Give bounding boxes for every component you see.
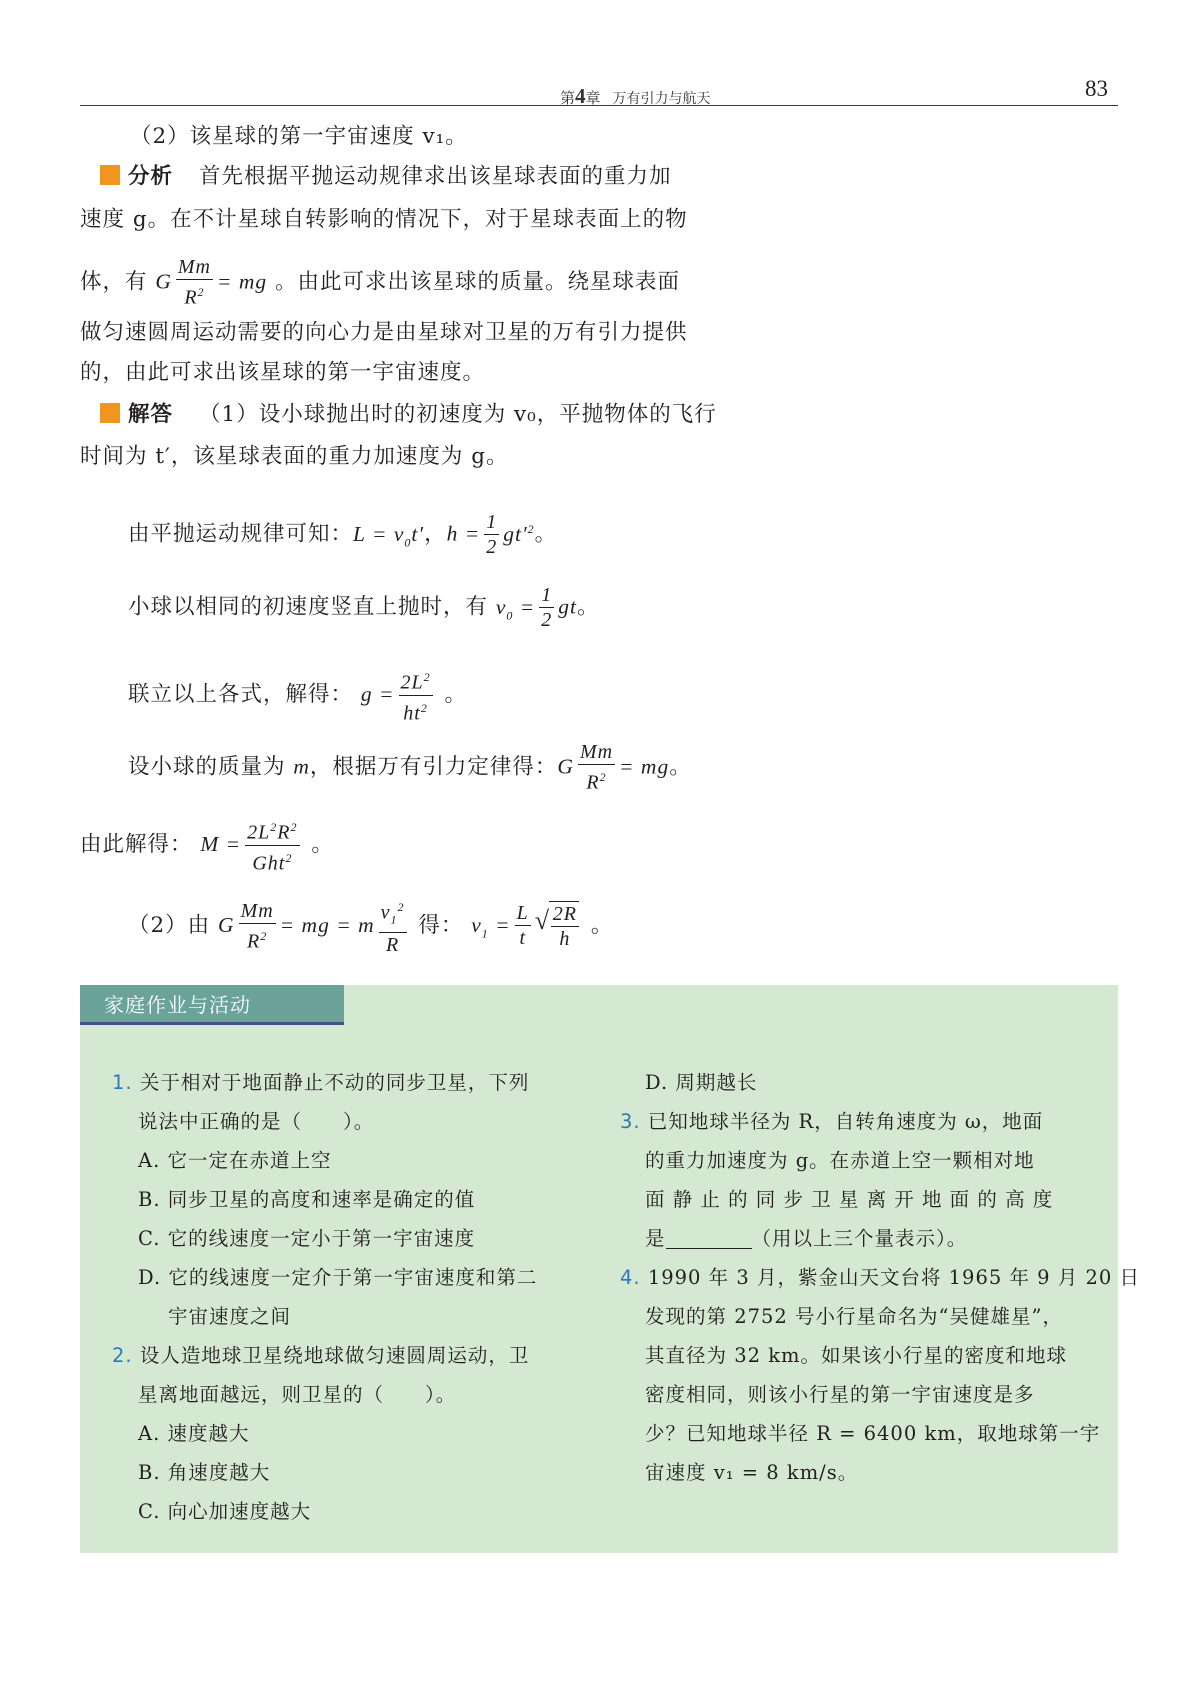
question-number: 4. bbox=[620, 1266, 641, 1289]
analysis-line-4: 做匀速圆周运动需要的向心力是由星球对卫星的万有引力提供 bbox=[80, 318, 688, 348]
chapter-title: 万有引力与航天 bbox=[613, 91, 711, 107]
question-2-option-d: D. 周期越长 bbox=[645, 1063, 757, 1102]
question-1-option-b: B. 同步卫星的高度和速率是确定的值 bbox=[138, 1180, 475, 1219]
question-1-option-c: C. 它的线速度一定小于第一宇宙速度 bbox=[138, 1219, 475, 1258]
question-4-line-2: 发现的第 2752 号小行星命名为“吴健雄星”， bbox=[645, 1297, 1063, 1336]
question-3-line-2: 的重力加速度为 g。在赤道上空一颗相对地 bbox=[645, 1141, 1035, 1180]
text: 设小球的质量为 bbox=[128, 754, 286, 779]
question-4-line-5: 少？已知地球半径 R = 6400 km，取地球第一宇 bbox=[645, 1414, 1100, 1453]
text: 是 bbox=[645, 1227, 666, 1250]
analysis-line-1: 分析首先根据平抛运动规律求出该星球表面的重力加 bbox=[100, 162, 672, 192]
text: 。 bbox=[591, 913, 614, 938]
question-1-option-d-cont: 宇宙速度之间 bbox=[168, 1297, 291, 1336]
chapter-heading: 第4章万有引力与航天 bbox=[560, 84, 711, 109]
question-3-line-3: 面 静 止 的 同 步 卫 星 离 开 地 面 的 高 度 bbox=[645, 1180, 1053, 1219]
question-number: 1. bbox=[112, 1071, 133, 1094]
analysis-line-3: 体，有 GMmR2= mg 。由此可求出该星球的质量。绕星球表面 bbox=[80, 255, 680, 310]
question-2-line-2: 星离地面越远，则卫星的（ ）。 bbox=[138, 1375, 456, 1414]
text: 。 bbox=[577, 595, 600, 620]
question-4-line-1: 4. 1990 年 3 月，紫金山天文台将 1965 年 9 月 20 日 bbox=[620, 1258, 1140, 1297]
answer-blank[interactable] bbox=[666, 1229, 752, 1249]
orange-square-icon bbox=[100, 165, 120, 185]
question-2-line-1: 2. 设人造地球卫星绕地球做匀速圆周运动，卫 bbox=[112, 1336, 529, 1375]
text: （2）由 bbox=[128, 913, 210, 938]
equation-line-6: （2）由 GMmR2= mg = mv12R 得： v1 =Lt2Rh 。 bbox=[128, 895, 613, 957]
text: 联立以上各式，解得： bbox=[128, 682, 353, 707]
question-1-option-d: D. 它的线速度一定介于第一宇宙速度和第二 bbox=[138, 1258, 537, 1297]
fraction: MmR2 bbox=[176, 255, 213, 310]
text: 小球以相同的初速度竖直上抛时，有 bbox=[128, 595, 488, 620]
question-number: 2. bbox=[112, 1344, 133, 1367]
analysis-tag: 分析 bbox=[128, 164, 173, 189]
text: 得： bbox=[418, 913, 463, 938]
text: 体，有 bbox=[80, 269, 148, 294]
question-1-line-1: 1. 关于相对于地面静止不动的同步卫星，下列 bbox=[112, 1063, 529, 1102]
question-3-line-4: 是（用以上三个量表示）。 bbox=[645, 1219, 967, 1258]
question-1-line-2: 说法中正确的是（ ）。 bbox=[138, 1102, 374, 1141]
analysis-text: 首先根据平抛运动规律求出该星球表面的重力加 bbox=[199, 164, 672, 189]
formula: = mg bbox=[217, 269, 267, 293]
question-4-line-6: 宙速度 v₁ = 8 km/s。 bbox=[645, 1453, 858, 1492]
equation-line-1: 由平抛运动规律可知：L = v0t′，h =12gt′2。 bbox=[128, 510, 557, 559]
text: 1990 年 3 月，紫金山天文台将 1965 年 9 月 20 日 bbox=[648, 1266, 1140, 1289]
text: 。 bbox=[444, 682, 467, 707]
text: 关于相对于地面静止不动的同步卫星，下列 bbox=[140, 1071, 530, 1094]
equation-line-5: 由此解得： M =2L2R2Ght2 。 bbox=[80, 815, 334, 875]
text: 由平抛运动规律可知： bbox=[128, 522, 353, 547]
text: 。由此可求出该星球的质量。绕星球表面 bbox=[275, 269, 680, 294]
answer-tag: 解答 bbox=[128, 402, 173, 427]
question-4-line-4: 密度相同，则该小行星的第一宇宙速度是多 bbox=[645, 1375, 1035, 1414]
answer-line-1: 解答（1）设小球抛出时的初速度为 v₀，平抛物体的飞行 bbox=[100, 400, 717, 430]
text: 。 bbox=[311, 832, 334, 857]
text: 由此解得： bbox=[80, 832, 193, 857]
chapter-prefix: 第 bbox=[560, 89, 575, 107]
answer-text: （1）设小球抛出时的初速度为 v₀，平抛物体的飞行 bbox=[199, 402, 717, 427]
answer-line-2: 时间为 t′，该星球表面的重力加速度为 g。 bbox=[80, 442, 508, 472]
text: 设人造地球卫星绕地球做匀速圆周运动，卫 bbox=[140, 1344, 530, 1367]
chapter-number: 4 bbox=[575, 84, 586, 108]
question-3-line-1: 3. 已知地球半径为 R，自转角速度为 ω，地面 bbox=[620, 1102, 1043, 1141]
equation-line-3: 联立以上各式，解得： g =2L2ht2 。 bbox=[128, 665, 467, 725]
equation-line-4: 设小球的质量为 m，根据万有引力定律得：GMmR2= mg。 bbox=[128, 740, 692, 795]
text: （用以上三个量表示）。 bbox=[752, 1227, 968, 1250]
equation-line-2: 小球以相同的初速度竖直上抛时，有 v0 =12gt。 bbox=[128, 583, 600, 632]
text: 。 bbox=[535, 522, 558, 547]
text: 已知地球半径为 R，自转角速度为 ω，地面 bbox=[648, 1110, 1043, 1133]
analysis-line-2: 速度 g。在不计星球自转影响的情况下，对于星球表面上的物 bbox=[80, 205, 688, 235]
question-2-option-a: A. 速度越大 bbox=[138, 1414, 249, 1453]
text: ，根据万有引力定律得： bbox=[310, 754, 558, 779]
text: 。 bbox=[669, 754, 692, 779]
question-4-line-3: 其直径为 32 km。如果该小行星的密度和地球 bbox=[645, 1336, 1067, 1375]
question-1-option-a: A. 它一定在赤道上空 bbox=[138, 1141, 331, 1180]
chapter-suffix: 章 bbox=[586, 89, 601, 107]
formula: G bbox=[155, 269, 172, 293]
homework-title: 家庭作业与活动 bbox=[80, 985, 344, 1025]
homework-box: 家庭作业与活动 1. 关于相对于地面静止不动的同步卫星，下列 说法中正确的是（ … bbox=[80, 985, 1118, 1553]
square-root: 2Rh bbox=[549, 901, 579, 951]
part2-question: （2）该星球的第一宇宙速度 v₁。 bbox=[130, 122, 468, 152]
question-2-option-b: B. 角速度越大 bbox=[138, 1453, 270, 1492]
question-number: 3. bbox=[620, 1110, 641, 1133]
page-header: 第4章万有引力与航天 83 bbox=[80, 72, 1118, 106]
page-number: 83 bbox=[1085, 76, 1108, 102]
orange-square-icon bbox=[100, 403, 120, 423]
analysis-line-5: 的，由此可求出该星球的第一宇宙速度。 bbox=[80, 358, 485, 388]
question-2-option-c: C. 向心加速度越大 bbox=[138, 1492, 311, 1531]
